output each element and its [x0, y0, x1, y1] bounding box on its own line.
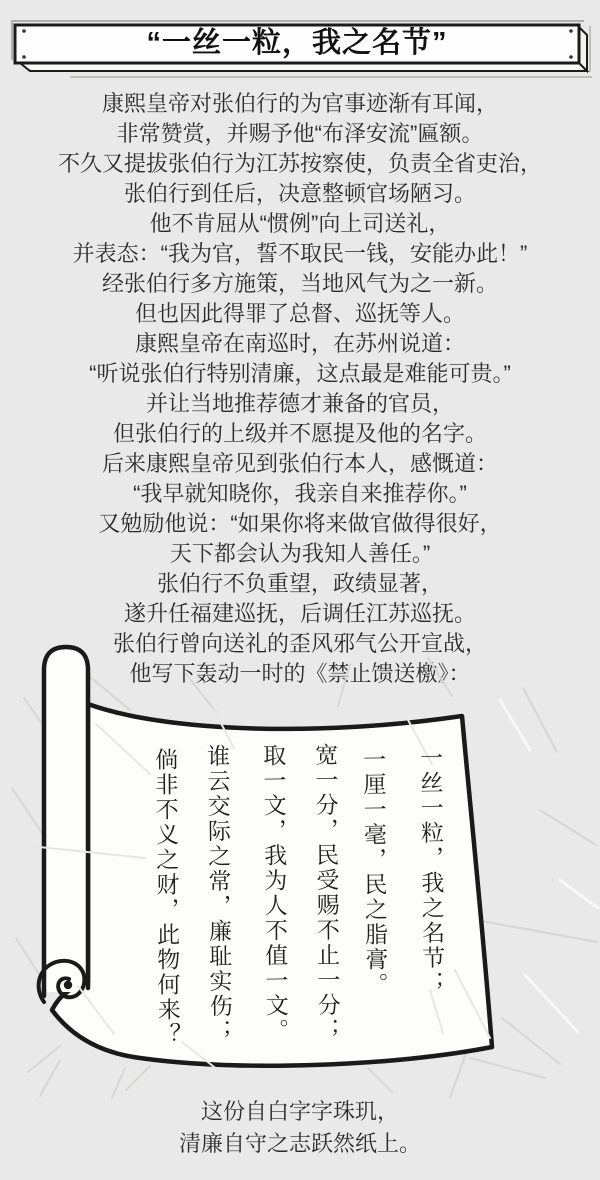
scroll-column-5: 谁云交际之常，廉耻实伤； [201, 744, 234, 1044]
story-line: 遂升任福建巡抚，后调任江苏巡抚。 [0, 599, 600, 629]
story-line: 他不肯屈从“惯例”向上司送礼， [0, 209, 600, 239]
story-line: 并让当地推荐德才兼备的官员， [0, 389, 600, 419]
story-line: 非常赞赏，并赐予他“布泽安流”匾额。 [0, 119, 600, 149]
story-line: 经张伯行多方施策，当地风气为之一新。 [0, 269, 600, 299]
story-line: 不久又提拔张伯行为江苏按察使，负责全省吏治， [0, 149, 600, 179]
story-line: “我早就知晓你，我亲自来推荐你。” [0, 479, 600, 509]
page: “一丝一粒，我之名节” 康熙皇帝对张伯行的为官事迹渐有耳闻， 非常赞赏，并赐予他… [0, 0, 600, 1180]
story-line: 张伯行到任后，决意整顿官场陋习。 [0, 179, 600, 209]
story-line: 康熙皇帝对张伯行的为官事迹渐有耳闻， [0, 89, 600, 119]
scroll-column-2: 一厘一毫，民之脂膏。 [357, 747, 390, 997]
story-line: 但也因此得罪了总督、巡抚等人。 [0, 299, 600, 329]
page-title: “一丝一粒，我之名节” [15, 25, 579, 63]
story-line: 天下都会认为我知人善任。” [0, 539, 600, 569]
story-line: 后来康熙皇帝见到张伯行本人，感慨道： [0, 449, 600, 479]
scroll-text: 一丝一粒，我之名节； 一厘一毫，民之脂膏。 宽一分，民受赐不止一分； 取一文，我… [0, 637, 600, 1103]
story-line: 又勉励他说：“如果你将来做官做得很好， [0, 509, 600, 539]
story-paragraph: 康熙皇帝对张伯行的为官事迹渐有耳闻， 非常赞赏，并赐予他“布泽安流”匾额。 不久… [0, 89, 600, 689]
story-line: “听说张伯行特别清廉，这点最是难能可贵。” [0, 359, 600, 389]
scroll-illustration: 一丝一粒，我之名节； 一厘一毫，民之脂膏。 宽一分，民受赐不止一分； 取一文，我… [0, 640, 600, 1100]
scroll-column-1: 一丝一粒，我之名节； [414, 745, 447, 995]
story-line: 康熙皇帝在南巡时，在苏州说道： [0, 329, 600, 359]
scroll-column-3: 宽一分，民受赐不止一分； [309, 743, 342, 1043]
closing-caption: 这份自白字字珠玑， 清廉自守之志跃然纸上。 [0, 1096, 600, 1160]
scroll-column-4: 取一文，我为人不值一文。 [257, 743, 290, 1043]
title-banner: “一丝一粒，我之名节” [0, 0, 600, 84]
story-line: 但张伯行的上级并不愿提及他的名字。 [0, 419, 600, 449]
scroll-column-6: 倘非不义之财，此物何来？ [149, 747, 182, 1047]
story-line: 并表态：“我为官，誓不取民一钱，安能办此！” [0, 239, 600, 269]
caption-line: 清廉自守之志跃然纸上。 [0, 1128, 600, 1160]
story-line: 张伯行不负重望，政绩显著， [0, 569, 600, 599]
caption-line: 这份自白字字珠玑， [0, 1096, 600, 1128]
